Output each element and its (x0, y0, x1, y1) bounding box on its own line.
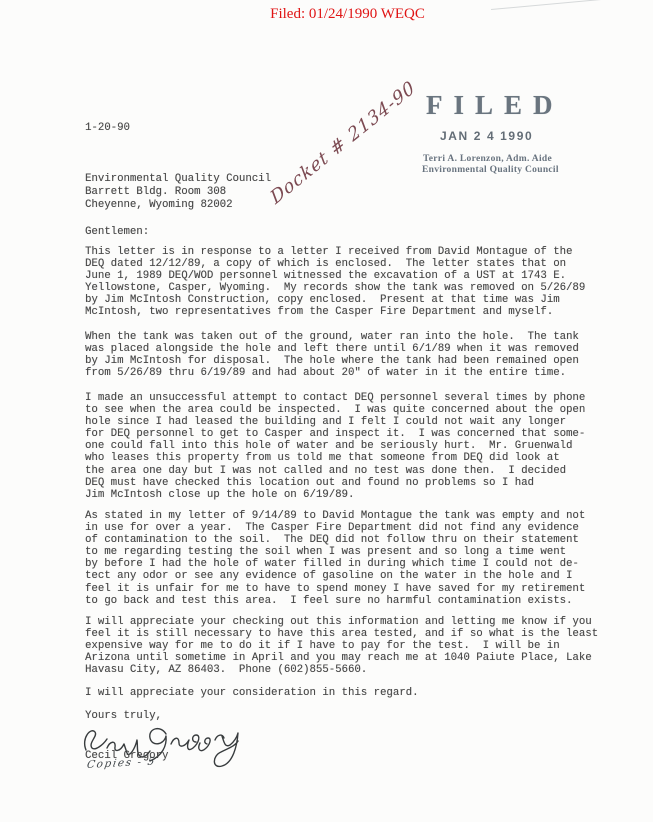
filed-stamp-clerk-line: Terri A. Lorenzon, Adm. Aide (423, 154, 552, 164)
paragraph-4: As stated in my letter of 9/14/89 to Dav… (85, 510, 585, 607)
letter-date: 1-20-90 (85, 122, 130, 134)
recipient-line-1: Environmental Quality Council (85, 173, 271, 186)
efiling-header: Filed: 01/24/1990 WEQC (0, 6, 653, 23)
paragraph-3: I made an unsuccessful attempt to contac… (85, 392, 585, 501)
salutation: Gentlemen: (85, 226, 149, 238)
paragraph-5: I will appreciate your checking out this… (85, 616, 598, 676)
closing: Yours truly, (85, 710, 162, 722)
paragraph-1: This letter is in response to a letter I… (85, 246, 585, 319)
scanned-letter-page: Filed: 01/24/1990 WEQC FILED JAN 2 4 199… (0, 0, 653, 822)
filed-stamp-org-line: Environmental Quality Council (422, 165, 559, 175)
filed-stamp-date: JAN 2 4 1990 (440, 129, 533, 143)
paragraph-2: When the tank was taken out of the groun… (85, 331, 579, 379)
recipient-line-2: Barrett Bldg. Room 308 (85, 186, 226, 199)
filed-stamp: FILED (426, 90, 564, 121)
handwritten-docket-number: Docket # 2134-90 (267, 77, 419, 209)
recipient-line-3: Cheyenne, Wyoming 82002 (85, 199, 233, 212)
paragraph-6: I will appreciate your consideration in … (85, 687, 419, 699)
